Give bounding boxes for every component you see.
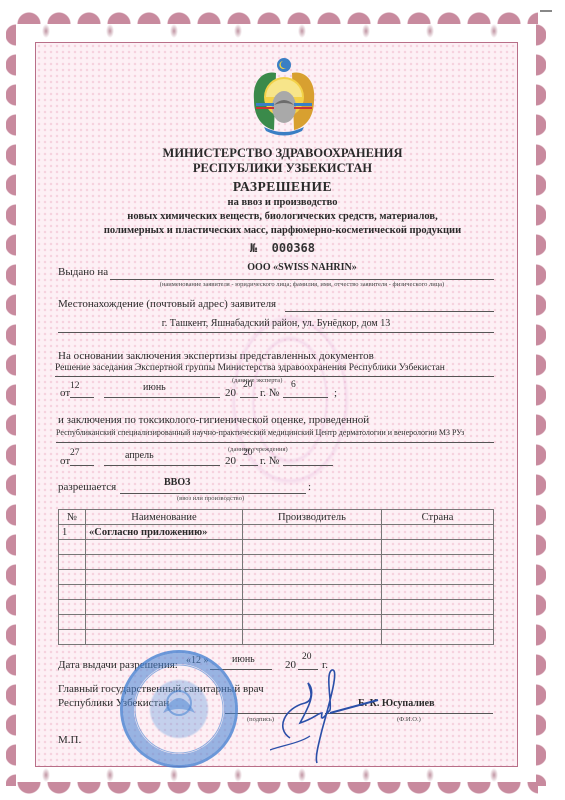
toxicology-number-label: г. № xyxy=(260,455,279,467)
issued-to-caption: (наименование заявителя - юридического л… xyxy=(110,281,494,288)
toxicology-label: и заключения по токсиколого-гигиеническо… xyxy=(58,414,369,426)
cell-country xyxy=(382,540,494,555)
table-row: 1«Согласно приложению» xyxy=(59,525,494,540)
cell-name xyxy=(86,600,243,615)
toxicology-value: Республиканский специализированный научн… xyxy=(56,428,464,437)
stamp-emblem-icon xyxy=(123,653,235,765)
cell-name xyxy=(86,555,243,570)
cell-number: 1 xyxy=(59,525,86,540)
cell-manufacturer xyxy=(243,585,382,600)
column-header-country: Страна xyxy=(382,510,494,525)
permitted-end: : xyxy=(308,481,311,493)
expertise-year-prefix: 20 xyxy=(225,387,236,399)
cell-country xyxy=(382,615,494,630)
permitted-value: ВВОЗ xyxy=(164,477,190,488)
expertise-year-suffix: 20 xyxy=(243,380,253,390)
issue-date-month: июнь xyxy=(232,654,255,665)
permit-number: № 000368 xyxy=(0,241,565,255)
address-label: Местонахождение (почтовый адрес) заявите… xyxy=(58,298,276,310)
ministry-name: МИНИСТЕРСТВО ЗДРАВООХРАНЕНИЯ РЕСПУБЛИКИ … xyxy=(0,146,565,176)
expertise-day: 12 xyxy=(70,381,80,391)
table-row xyxy=(59,600,494,615)
cell-manufacturer xyxy=(243,615,382,630)
seal-label: М.П. xyxy=(58,734,81,746)
cell-number xyxy=(59,615,86,630)
number-sign: № xyxy=(250,241,257,255)
issued-to-label: Выдано на xyxy=(58,266,108,278)
ministry-line-2: РЕСПУБЛИКИ УЗБЕКИСТАН xyxy=(0,161,565,176)
cell-manufacturer xyxy=(243,570,382,585)
cell-manufacturer xyxy=(243,525,382,540)
subtitle-line-3: полимерных и пластических масс, парфюмер… xyxy=(0,224,565,238)
permitted-line xyxy=(120,493,306,494)
expertise-year-line xyxy=(240,397,258,398)
expertise-value: Решение заседания Экспертной группы Мини… xyxy=(55,363,445,373)
cell-number xyxy=(59,570,86,585)
address-value: г. Ташкент, Яшнабадский район, ул. Бунёд… xyxy=(58,318,494,329)
table-header-row: № Наименование Производитель Страна xyxy=(59,510,494,525)
toxicology-year-prefix: 20 xyxy=(225,455,236,467)
toxicology-day-line xyxy=(70,465,94,466)
cell-country xyxy=(382,525,494,540)
toxicology-line xyxy=(56,442,494,443)
expertise-from-label: от xyxy=(60,387,70,399)
expertise-doc-number: 6 xyxy=(291,380,296,390)
cell-name xyxy=(86,540,243,555)
cell-name: «Согласно приложению» xyxy=(86,525,243,540)
uzbekistan-coat-of-arms-icon xyxy=(234,55,334,140)
cell-name xyxy=(86,570,243,585)
cell-country xyxy=(382,555,494,570)
expertise-month: июнь xyxy=(143,382,166,393)
border-scallop-top xyxy=(14,12,538,24)
cell-name xyxy=(86,585,243,600)
permit-number-value: 000368 xyxy=(272,241,315,255)
scan-mark xyxy=(540,10,552,12)
document-title: РАЗРЕШЕНИЕ xyxy=(0,179,565,195)
border-scallop-right xyxy=(536,20,546,786)
issue-date-year-suffix: 20 xyxy=(302,652,312,662)
table-row xyxy=(59,615,494,630)
document-subtitle: на ввоз и производство новых химических … xyxy=(0,196,565,238)
toxicology-month-line xyxy=(104,465,220,466)
toxicology-number-line xyxy=(283,465,333,466)
cell-manufacturer xyxy=(243,600,382,615)
cell-number xyxy=(59,555,86,570)
expertise-number-line xyxy=(283,397,328,398)
issued-to-value: ООО «SWISS NAHRIN» xyxy=(110,262,494,273)
cell-number xyxy=(59,585,86,600)
permitted-label: разрешается xyxy=(58,481,116,493)
column-header-manufacturer: Производитель xyxy=(243,510,382,525)
expertise-day-line xyxy=(70,397,94,398)
issued-to-line xyxy=(110,279,494,280)
permitted-caption: (ввоз или производство) xyxy=(177,495,244,502)
cell-manufacturer xyxy=(243,555,382,570)
address-line-2 xyxy=(58,332,494,333)
toxicology-day: 27 xyxy=(70,448,80,458)
cell-country xyxy=(382,570,494,585)
cell-name xyxy=(86,630,243,645)
cell-number xyxy=(59,600,86,615)
cell-country xyxy=(382,600,494,615)
expertise-end: ; xyxy=(334,387,337,399)
cell-number xyxy=(59,630,86,645)
toxicology-month: апрель xyxy=(125,450,154,461)
expertise-label: На основании заключения экспертизы предс… xyxy=(58,350,374,362)
expertise-month-line xyxy=(104,397,220,398)
table-row xyxy=(59,585,494,600)
cell-country xyxy=(382,585,494,600)
border-scallop-bottom xyxy=(14,782,538,794)
toxicology-from-label: от xyxy=(60,455,70,467)
expertise-number-label: г. № xyxy=(260,387,279,399)
cell-manufacturer xyxy=(243,540,382,555)
table-row xyxy=(59,630,494,645)
cell-country xyxy=(382,630,494,645)
table-row xyxy=(59,555,494,570)
toxicology-year-suffix: 20 xyxy=(243,448,253,458)
column-header-name: Наименование xyxy=(86,510,243,525)
cell-number xyxy=(59,540,86,555)
expertise-caption: (данные эксперта) xyxy=(232,377,282,384)
official-stamp-icon xyxy=(120,650,238,768)
ministry-line-1: МИНИСТЕРСТВО ЗДРАВООХРАНЕНИЯ xyxy=(0,146,565,161)
subtitle-line-2: новых химических веществ, биологических … xyxy=(0,210,565,224)
signature-icon xyxy=(270,668,390,768)
name-caption: (Ф.И.О.) xyxy=(397,716,421,723)
toxicology-caption: (данные учреждения) xyxy=(228,446,288,453)
products-table: № Наименование Производитель Страна 1«Со… xyxy=(58,509,494,645)
subtitle-line-1: на ввоз и производство xyxy=(0,196,565,210)
cell-manufacturer xyxy=(243,630,382,645)
column-header-number: № xyxy=(59,510,86,525)
cell-name xyxy=(86,615,243,630)
table-row xyxy=(59,570,494,585)
table-row xyxy=(59,540,494,555)
address-line-1 xyxy=(285,311,494,312)
toxicology-year-line xyxy=(240,465,258,466)
border-scallop-left xyxy=(6,20,16,786)
